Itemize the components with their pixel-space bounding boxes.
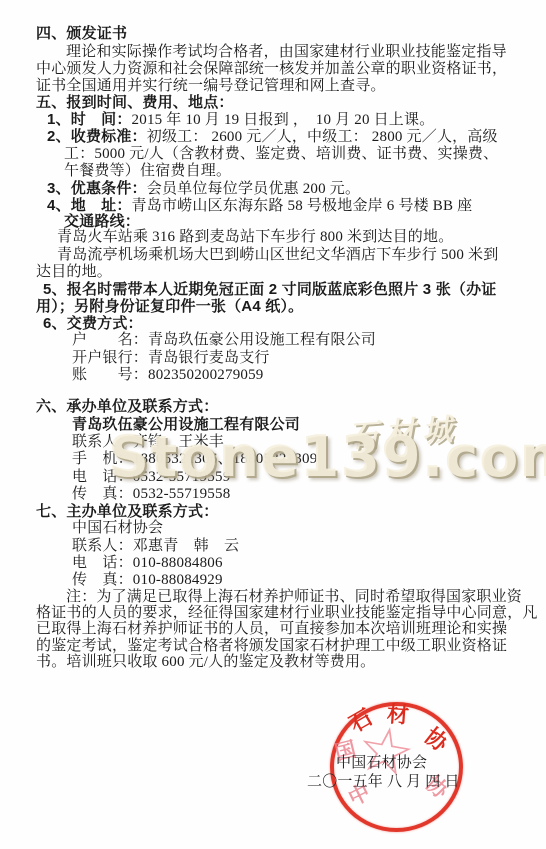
doc-text: 中国石材协会 xyxy=(72,520,163,536)
doc-text: 青岛火车站乘 316 路到麦岛站下车步行 800 米到达目的地。 xyxy=(57,229,453,245)
doc-text: 联系人：邓惠青 韩 云 xyxy=(72,538,239,554)
doc-line: 传 真：010-88084929 xyxy=(72,572,223,589)
doc-line: 电 话：010-88084806 xyxy=(72,555,223,572)
seal-arc-char: 材 xyxy=(386,703,409,726)
doc-line: 六、承办单位及联系方式： xyxy=(36,398,218,416)
doc-line: 开户银行：青岛银行麦岛支行 xyxy=(72,350,270,367)
doc-text: 午餐费等）住宿费自理。 xyxy=(64,163,231,179)
doc-text-bold: 3、优惠条件： xyxy=(47,180,147,197)
doc-text: 工：5000 元/人（含教材费、鉴定费、培训费、证书费、实操费、 xyxy=(64,146,498,162)
signoff-org: 中国石材协会 xyxy=(336,755,427,772)
doc-text: 初级工： 2600 元／人，中级工： 2800 元／人，高级 xyxy=(147,129,498,145)
doc-text-bold: 1、时 间： xyxy=(47,111,132,128)
doc-line: 工：5000 元/人（含教材费、鉴定费、培训费、证书费、实操费、 xyxy=(64,146,498,163)
doc-line: 已取得上海石材养护师证书的人员，可直接参加本次培训班理论和实操 xyxy=(36,621,507,638)
doc-text: 账 号：802350200279059 xyxy=(72,367,264,383)
doc-text-bold: 5、报名时需带本人近期免冠正面 2 寸同版蓝底彩色照片 3 张（办证 xyxy=(43,281,497,298)
doc-text: 户 名：青岛玖伍豪公用设施工程有限公司 xyxy=(72,332,376,348)
doc-line: 青岛火车站乘 316 路到麦岛站下车步行 800 米到达目的地。 xyxy=(57,229,453,246)
doc-line: 青岛流亭机场乘机场大巴到崂山区世纪文华酒店下车步行 500 米到 xyxy=(57,247,498,264)
doc-text: 书。培训班只收取 600 元/人的鉴定及教材等费用。 xyxy=(36,654,375,670)
doc-line: 书。培训班只收取 600 元/人的鉴定及教材等费用。 xyxy=(36,654,375,671)
doc-line: 户 名：青岛玖伍豪公用设施工程有限公司 xyxy=(72,332,376,349)
doc-line: 2、收费标准：初级工： 2600 元／人，中级工： 2800 元／人，高级 xyxy=(47,128,498,146)
doc-line: 3、优惠条件：会员单位每位学员优惠 200 元。 xyxy=(47,180,360,198)
doc-text: 开户银行：青岛银行麦岛支行 xyxy=(72,350,270,366)
doc-text: 会员单位每位学员优惠 200 元。 xyxy=(147,181,360,197)
doc-line: 五、报到时间、费用、地点： xyxy=(36,94,234,112)
doc-text-bold: 6、交费方式： xyxy=(43,315,143,332)
doc-line: 理论和实际操作考试均合格者，由国家建材行业职业技能鉴定指导 xyxy=(66,44,507,61)
doc-text: 青岛流亭机场乘机场大巴到崂山区世纪文华酒店下车步行 500 米到 xyxy=(57,247,498,263)
doc-text: 电 话：010-88084806 xyxy=(72,555,223,571)
watermark-site-text: Stone139.com xyxy=(108,426,546,488)
doc-text-bold: 2、收费标准： xyxy=(47,128,147,145)
doc-line: 的鉴定考试，鉴定考试合格者将颁发国家石材护理工中级工职业资格证 xyxy=(36,638,507,655)
doc-line: 6、交费方式： xyxy=(43,315,143,333)
doc-text-bold: 用）；另附身份证复印件一张（A4 纸）。 xyxy=(36,298,303,315)
doc-text: 二〇一五年 八 月 四 日 xyxy=(307,774,460,790)
doc-text: 注：为了满足已取得上海石材养护师证书、同时希望取得国家职业资 xyxy=(66,589,522,605)
doc-line: 用）；另附身份证复印件一张（A4 纸）。 xyxy=(36,298,303,316)
doc-line: 账 号：802350200279059 xyxy=(72,367,264,384)
doc-text-bold: 六、承办单位及联系方式： xyxy=(36,398,218,415)
doc-text-bold: 4、地 址： xyxy=(47,197,132,214)
signoff-date: 二〇一五年 八 月 四 日 xyxy=(307,774,460,791)
doc-line: 证书全国通用并实行统一编号登记管理和网上查寻。 xyxy=(36,78,386,95)
doc-text: 的鉴定考试，鉴定考试合格者将颁发国家石材护理工中级工职业资格证 xyxy=(36,638,507,654)
doc-text: 理论和实际操作考试均合格者，由国家建材行业职业技能鉴定指导 xyxy=(66,44,507,60)
doc-line: 中国石材协会 xyxy=(72,520,163,537)
doc-text: 青岛市崂山区东海东路 58 号极地金岸 6 号楼 BB 座 xyxy=(132,198,473,214)
doc-text: 中国石材协会 xyxy=(336,755,427,771)
doc-text-bold: 交通路线： xyxy=(64,213,140,230)
doc-text: 格证书的人员的要求，经征得国家建材行业职业技能鉴定指导中心同意，凡 xyxy=(36,605,538,621)
doc-line: 格证书的人员的要求，经征得国家建材行业职业技能鉴定指导中心同意，凡 xyxy=(36,605,538,622)
doc-text: 中心颁发人力资源和社会保障部统一核发并加盖公章的职业资格证书， xyxy=(36,61,507,77)
doc-line: 四、颁发证书 xyxy=(36,25,127,43)
doc-line: 午餐费等）住宿费自理。 xyxy=(64,163,231,180)
doc-text-bold: 七、主办单位及联系方式： xyxy=(36,503,218,520)
doc-text-bold: 五、报到时间、费用、地点： xyxy=(36,94,234,111)
doc-text: 证书全国通用并实行统一编号登记管理和网上查寻。 xyxy=(36,78,386,94)
doc-line: 中心颁发人力资源和社会保障部统一核发并加盖公章的职业资格证书， xyxy=(36,61,507,78)
doc-text-bold: 四、颁发证书 xyxy=(36,25,127,42)
doc-line: 注：为了满足已取得上海石材养护师证书、同时希望取得国家职业资 xyxy=(66,589,522,606)
doc-line: 达目的地。 xyxy=(36,264,112,281)
doc-text: 达目的地。 xyxy=(36,264,112,280)
doc-text: 传 真：010-88084929 xyxy=(72,572,223,588)
doc-text: 已取得上海石材养护师证书的人员，可直接参加本次培训班理论和实操 xyxy=(36,621,507,637)
doc-line: 5、报名时需带本人近期免冠正面 2 寸同版蓝底彩色照片 3 张（办证 xyxy=(43,281,497,299)
doc-line: 1、时 间：2015 年 10 月 19 日报到 ， 10 月 20 日上课。 xyxy=(47,111,434,129)
doc-text: 2015 年 10 月 19 日报到 ， 10 月 20 日上课。 xyxy=(132,112,435,128)
doc-line: 七、主办单位及联系方式： xyxy=(36,503,218,521)
doc-line: 联系人：邓惠青 韩 云 xyxy=(72,538,239,555)
scanned-document-page: ☆ 石 材 协 国 中 协 四、颁发证书理论和实际操作考试均合格者，由国家建材行… xyxy=(0,0,546,849)
